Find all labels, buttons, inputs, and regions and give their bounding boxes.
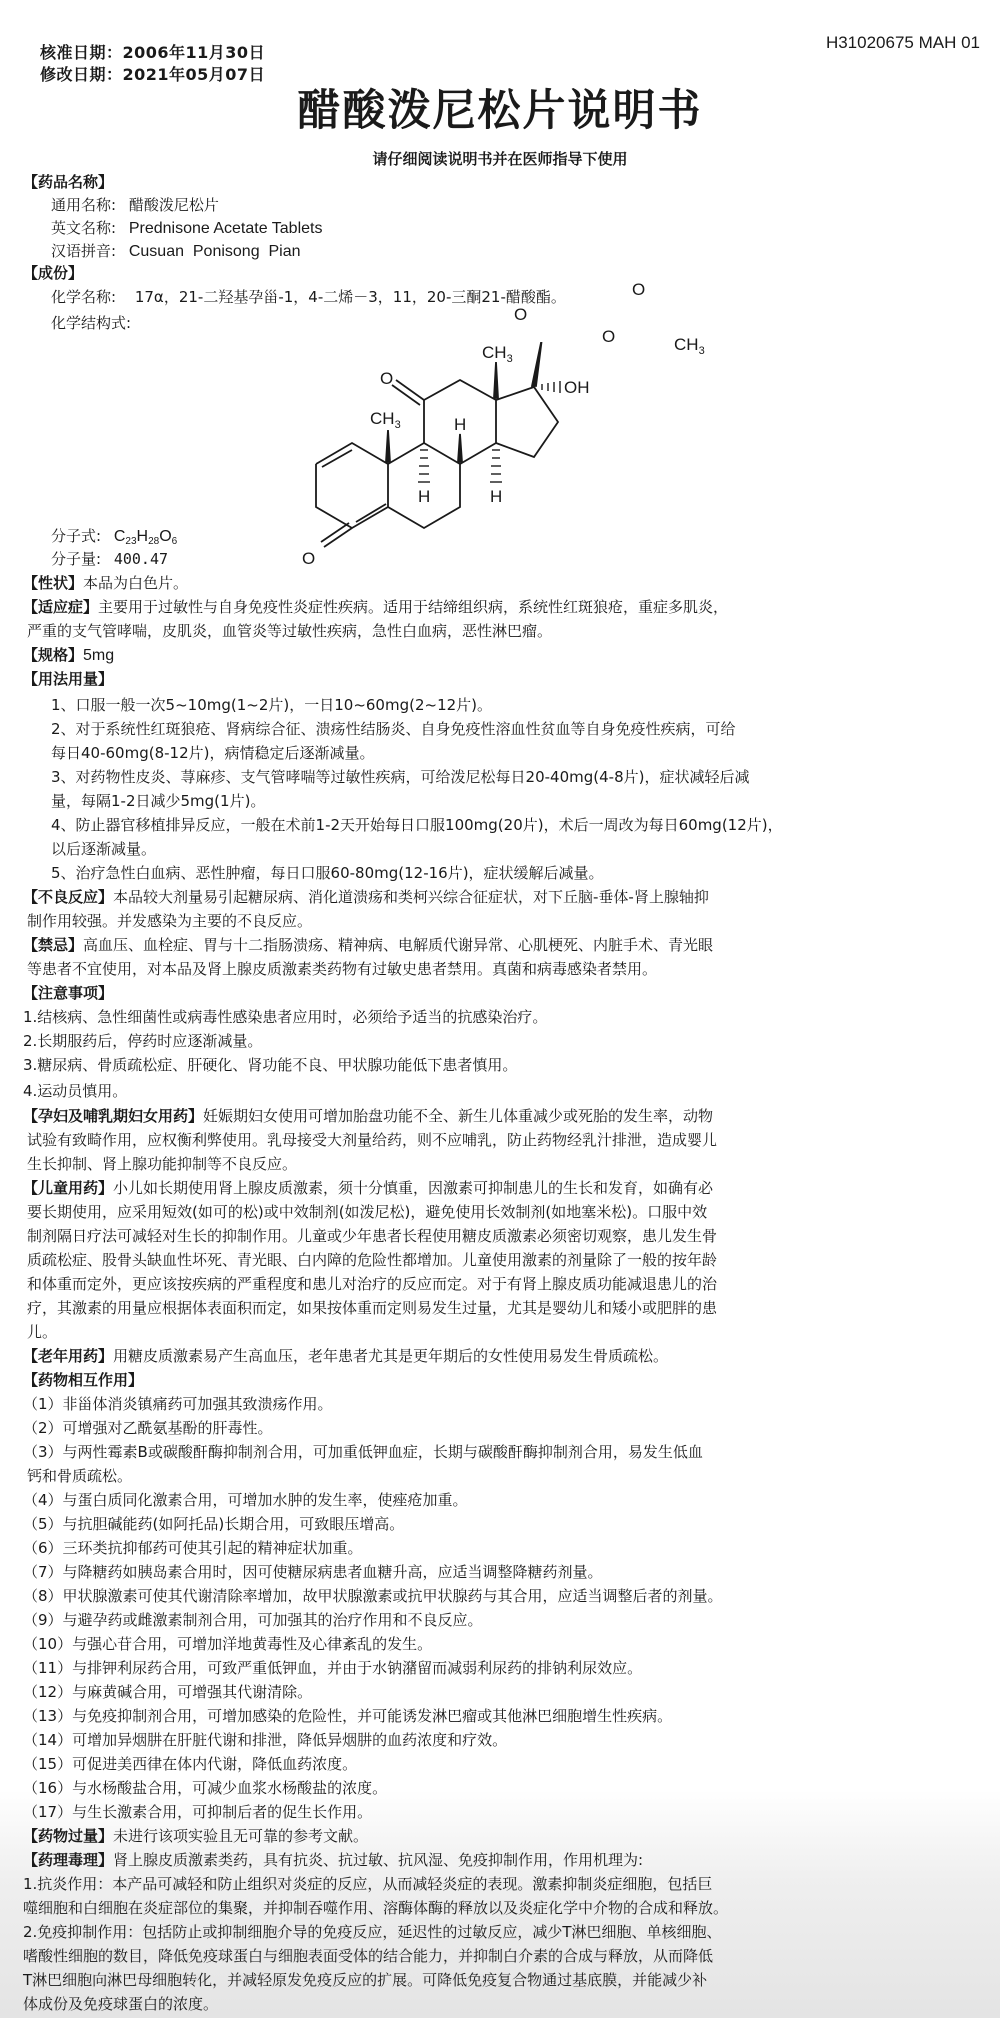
section-heading-overdose: 【药物过量】 [23,1827,113,1845]
pediatric-line: 质疏松症、股骨头缺血性坏死、青光眼、白内障的危险性都增加。儿童使用激素的剂量除了… [27,1249,717,1271]
geriatric-row: 【老年用药】用糖皮质激素易产生高血压，老年患者尤其是更年期后的女性使用易发生骨质… [23,1345,668,1367]
pregnancy-line: 生长抑制、肾上腺功能抑制等不良反应。 [27,1153,297,1175]
pharmacology-line: 1.抗炎作用：本产品可减轻和防止组织对炎症的反应，从而减轻炎症的表现。激素抑制炎… [23,1873,712,1895]
chemical-structure-sidechain: O O O CH3 [296,300,756,420]
atom-ch3-acetyl: CH3 [674,335,705,357]
interaction-item: （12）与麻黄碱合用，可增强其代谢清除。 [23,1681,312,1703]
formula-label: 分子式: [51,527,101,545]
atom-h-9: H [418,487,430,506]
interaction-item: （7）与降糖药如胰岛素合用时，因可使糖尿病患者血糖升高，应适当调整降糖药剂量。 [23,1561,603,1583]
dosage-line: 1、口服一般一次5~10mg(1~2片)，一日10~60mg(2~12片)。 [51,694,492,716]
indications-line: 严重的支气管哮喘，皮肌炎，血管炎等过敏性疾病，急性白血病，恶性淋巴瘤。 [27,620,552,642]
pediatric-line: 疗，其激素的用量应根据体表面积而定，如果按体重而定则易发生过量，尤其是婴幼儿和矮… [27,1297,717,1319]
interaction-item: （2）可增强对乙酰氨基酚的肝毒性。 [23,1417,273,1439]
contraindications-line: 等患者不宜使用，对本品及肾上腺皮质激素类药物有过敏史患者禁用。真菌和病毒感染者禁… [27,958,657,980]
dosage-line: 2、对于系统性红斑狼疮、肾病综合征、溃疡性结肠炎、自身免疫性溶血性贫血等自身免疫… [51,718,736,740]
molecular-formula: C23H28O6 [114,528,177,545]
pinyin-label: 汉语拼音: [51,242,116,260]
pharmacology-line: 嗜酸性细胞的数目，降低免疫球蛋白与细胞表面受体的结合能力，并抑制白介素的合成与释… [23,1945,713,1967]
pediatric-line: 和体重而定外，更应该按疾病的严重程度和患儿对治疗的反应而定。对于有肾上腺皮质功能… [27,1273,717,1295]
section-heading-pregnancy: 【孕妇及哺乳期妇女用药】 [23,1107,203,1125]
molecular-weight-label: 分子量: [51,550,101,568]
revision-date: 修改日期：2021年05月07日 [40,62,265,85]
interaction-item: （1）非甾体消炎镇痛药可加强其致溃疡作用。 [23,1393,333,1415]
precautions-line: 2.长期服药后，停药时应逐渐减量。 [23,1030,262,1052]
section-heading-strength: 【规格】 [23,646,83,664]
atom-o-acetyl-label: O [632,280,645,300]
page-subtitle: 请仔细阅读说明书并在医师指导下使用 [0,148,1000,169]
approval-code: H31020675 MAH 01 [826,33,980,53]
strength-row: 【规格】5mg [23,644,114,667]
section-heading-interactions: 【药物相互作用】 [23,1369,143,1391]
english-name-row: 英文名称: Prednisone Acetate Tablets [51,217,322,240]
molecular-weight-row: 分子量: 400.47 [51,548,168,570]
interaction-item: （17）与生长激素合用，可抑制后者的促生长作用。 [23,1801,372,1823]
section-heading-precautions: 【注意事项】 [23,982,113,1004]
strength-value: 5mg [83,647,114,664]
pharmacology-line: T淋巴细胞向淋巴母细胞转化，并减轻原发免疫反应的扩展。可降低免疫复合物通过基底膜… [23,1969,707,1991]
adverse-line: 本品较大剂量易引起糖尿病、消化道溃疡和类柯兴综合征症状，对下丘脑-垂体-肾上腺轴… [113,888,709,906]
pediatric-row: 【儿童用药】小儿如长期使用肾上腺皮质激素，须十分慎重，因激素可抑制患儿的生长和发… [23,1177,713,1199]
pinyin-row: 汉语拼音: Cusuan Ponisong Pian [51,240,301,263]
section-heading-dosage: 【用法用量】 [23,668,113,690]
interaction-item: （10）与强心苷合用，可增加洋地黄毒性及心律紊乱的发生。 [23,1633,432,1655]
atom-h-14: H [490,487,502,506]
interaction-item: （5）与抗胆碱能药(如阿托品)长期合用，可致眼压增高。 [23,1513,404,1535]
interaction-item: （3）与两性霉素B或碳酸酐酶抑制剂合用，可加重低钾血症，长期与碳酸酐酶抑制剂合用… [23,1441,703,1463]
interaction-item-continued: 钙和骨质疏松。 [27,1465,132,1487]
contraindications-line: 高血压、血栓症、胃与十二指肠溃疡、精神病、电解质代谢异常、心肌梗死、内脏手术、青… [83,936,713,954]
pediatric-line: 制剂隔日疗法可减轻对生长的抑制作用。儿童或少年患者长程使用糖皮质激素必须密切观察… [27,1225,717,1247]
chemical-name-label: 化学名称: [51,288,116,306]
dosage-line: 5、治疗急性白血病、恶性肿瘤，每日口服60-80mg(12-16片)，症状缓解后… [51,862,604,884]
section-heading-geriatric: 【老年用药】 [23,1347,113,1365]
page-title: 醋酸泼尼松片说明书 [0,90,1000,133]
overdose-text: 未进行该项实验且无可靠的参考文献。 [113,1827,368,1845]
pharmacology-line: 噬细胞和白细胞在炎症部位的集聚，并抑制吞噬作用、溶酶体酶的释放以及炎症化学中介物… [23,1897,728,1919]
english-name-label: 英文名称: [51,219,116,237]
precautions-line: 4.运动员慎用。 [23,1080,127,1102]
pregnancy-row: 【孕妇及哺乳期妇女用药】妊娠期妇女使用可增加胎盘功能不全、新生儿体重减少或死胎的… [23,1105,713,1127]
pharmacology-line: 2.免疫抑制作用：包括防止或抑制细胞介导的免疫反应，延迟性的过敏反应，减少T淋巴… [23,1921,721,1943]
pregnancy-line: 试验有致畸作用，应权衡利弊使用。乳母接受大剂量给药，则不应哺乳，防止药物经乳汁排… [27,1129,717,1151]
section-heading-pediatric: 【儿童用药】 [23,1179,113,1197]
dosage-line: 量，每隔1-2日减少5mg(1片)。 [51,790,265,812]
pharmacology-line: 体成份及免疫球蛋白的浓度。 [23,1993,218,2015]
interaction-item: （9）与避孕药或雌激素制剂合用，可加强其的治疗作用和不良反应。 [23,1609,483,1631]
approval-date: 核准日期：2006年11月30日 [40,40,265,63]
english-name-value: Prednisone Acetate Tablets [129,220,323,237]
generic-name-label: 通用名称: [51,196,116,214]
dosage-line: 3、对药物性皮炎、荨麻疹、支气管哮喘等过敏性疾病，可给泼尼松每日20-40mg(… [51,766,749,788]
interaction-item: （15）可促进美西律在体内代谢，降低血药浓度。 [23,1753,357,1775]
section-heading-indications: 【适应症】 [23,598,98,616]
overdose-row: 【药物过量】未进行该项实验且无可靠的参考文献。 [23,1825,368,1847]
interaction-item: （13）与免疫抑制剂合用，可增加感染的危险性，并可能诱发淋巴瘤或其他淋巴细胞增生… [23,1705,672,1727]
generic-name-value: 醋酸泼尼松片 [129,196,219,214]
dosage-line: 4、防止器官移植排异反应，一般在术前1-2天开始每日口服100mg(20片)，术… [51,814,783,836]
pregnancy-line: 妊娠期妇女使用可增加胎盘功能不全、新生儿体重减少或死胎的发生率，动物 [203,1107,713,1125]
atom-o-ester: O [602,327,615,346]
description-row: 【性状】本品为白色片。 [23,572,188,594]
indications-row: 【适应症】主要用于过敏性与自身免疫性炎症性疾病。适用于结缔组织病，系统性红斑狼疮… [23,596,728,618]
adverse-line: 制作用较强。并发感染为主要的不良反应。 [27,910,312,932]
section-heading-pharmacology: 【药理毒理】 [23,1851,113,1869]
dosage-line: 以后逐渐减量。 [51,838,156,860]
precautions-line: 3.糖尿病、骨质疏松症、肝硬化、肾功能不良、甲状腺功能低下患者慎用。 [23,1054,517,1076]
geriatric-text: 用糖皮质激素易产生高血压，老年患者尤其是更年期后的女性使用易发生骨质疏松。 [113,1347,668,1365]
indications-line: 主要用于过敏性与自身免疫性炎症性疾病。适用于结缔组织病，系统性红斑狼疮，重症多肌… [98,598,728,616]
description-text: 本品为白色片。 [83,574,188,592]
interaction-item: （11）与排钾利尿药合用，可致严重低钾血，并由于水钠潴留而减弱利尿药的排钠利尿效… [23,1657,642,1679]
section-heading-composition: 【成份】 [23,262,83,284]
structure-label: 化学结构式: [51,312,131,334]
contraindications-row: 【禁忌】高血压、血栓症、胃与十二指肠溃疡、精神病、电解质代谢异常、心肌梗死、内脏… [23,934,713,956]
precautions-line: 1.结核病、急性细菌性或病毒性感染患者应用时，必须给予适当的抗感染治疗。 [23,1006,547,1028]
interaction-item: （14）可增加异烟肼在肝脏代谢和排泄，降低异烟肼的血药浓度和疗效。 [23,1729,507,1751]
generic-name-row: 通用名称: 醋酸泼尼松片 [51,194,219,216]
section-heading-description: 【性状】 [23,574,83,592]
pediatric-line: 儿。 [27,1321,57,1343]
section-heading-drug-name: 【药品名称】 [23,171,113,193]
section-heading-contraindications: 【禁忌】 [23,936,83,954]
pharmacology-intro: 肾上腺皮质激素类药，具有抗炎、抗过敏、抗风湿、免疫抑制作用，作用机理为: [113,1851,643,1869]
interaction-item: （6）三环类抗抑郁药可使其引起的精神症状加重。 [23,1537,363,1559]
section-heading-adverse: 【不良反应】 [23,888,113,906]
molecular-weight-value: 400.47 [114,550,168,568]
pediatric-line: 要长期使用，应采用短效(如可的松)或中效制剂(如泼尼松)，避免使用长效制剂(如地… [27,1201,707,1223]
interaction-item: （16）与水杨酸盐合用，可减少血浆水杨酸盐的浓度。 [23,1777,387,1799]
atom-o-20: O [514,305,527,324]
pharmacology-row: 【药理毒理】肾上腺皮质激素类药，具有抗炎、抗过敏、抗风湿、免疫抑制作用，作用机理… [23,1849,643,1871]
interaction-item: （8）甲状腺激素可使其代谢清除率增加，故甲状腺激素或抗甲状腺药与其合用，应适当调… [23,1585,723,1607]
pediatric-line: 小儿如长期使用肾上腺皮质激素，须十分慎重，因激素可抑制患儿的生长和发育，如确有必 [113,1179,713,1197]
dosage-line: 每日40-60mg(8-12片)，病情稳定后逐渐减量。 [51,742,374,764]
adverse-row: 【不良反应】本品较大剂量易引起糖尿病、消化道溃疡和类柯兴综合征症状，对下丘脑-垂… [23,886,709,908]
pinyin-value: Cusuan Ponisong Pian [129,243,301,260]
interaction-item: （4）与蛋白质同化激素合用，可增加水肿的发生率，使痤疮加重。 [23,1489,468,1511]
atom-o-3: O [302,549,315,568]
